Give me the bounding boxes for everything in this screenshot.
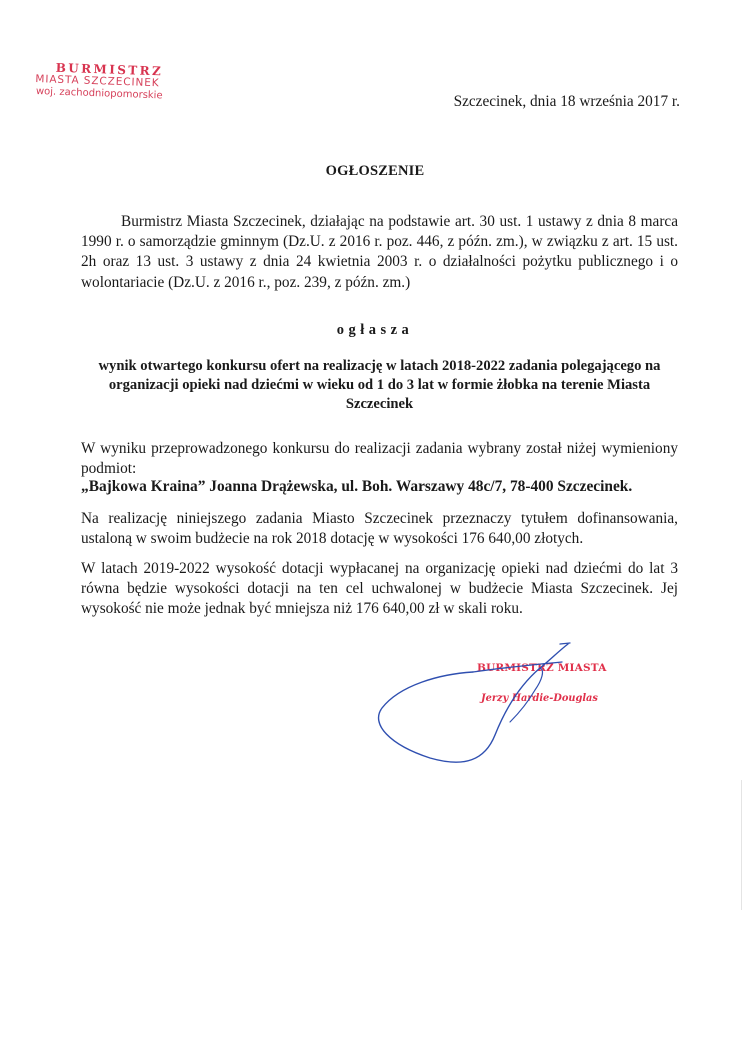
mayor-stamp: BURMISTRZ MIASTA SZCZECINEK woj. zachodn… [35,61,164,101]
result-paragraph: W wyniku przeprowadzonego konkursu do re… [81,439,678,479]
signature-name: Jerzy Hardie-Douglas [481,693,598,704]
intro-paragraph: Burmistrz Miasta Szczecinek, działając n… [81,212,678,293]
signature-title: BURMISTRZ MIASTA [477,662,607,674]
document-title: OGŁOSZENIE [0,163,750,180]
signature-block: BURMISTRZ MIASTA Jerzy Hardie-Douglas [370,640,630,780]
handwritten-signature-icon [370,640,630,780]
page-edge [741,780,742,910]
place-date: Szczecinek, dnia 18 września 2017 r. [454,93,680,111]
selected-entity: „Bajkowa Kraina” Joanna Drążewska, ul. B… [81,478,632,496]
funding-paragraph: Na realizację niniejszego zadania Miasto… [81,509,678,549]
announces-heading: ogłasza [0,322,750,339]
subject-heading: wynik otwartego konkursu ofert na realiz… [81,357,678,413]
years-paragraph: W latach 2019-2022 wysokość dotacji wypł… [81,559,678,620]
